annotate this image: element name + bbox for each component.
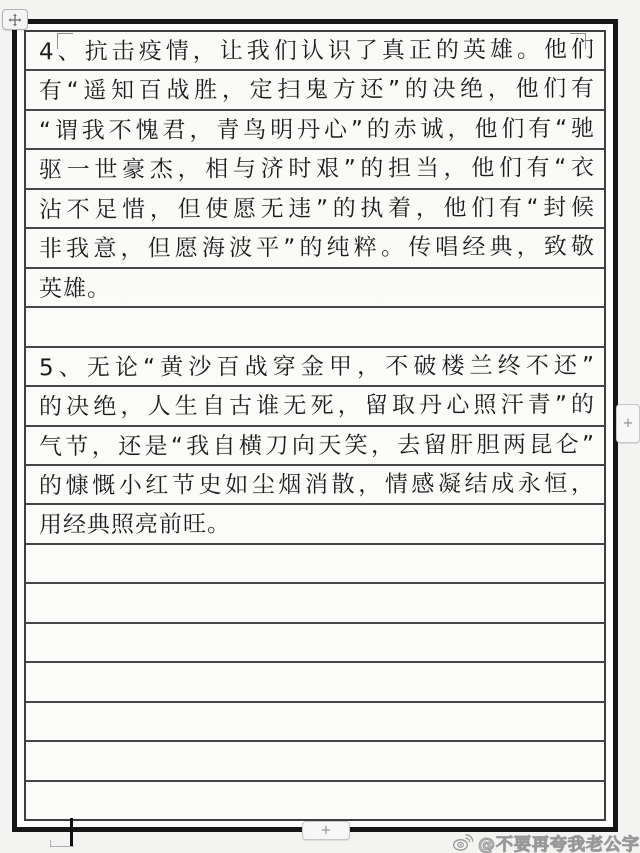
handwritten-text: 英雄。 [39, 269, 595, 308]
ruled-row [26, 663, 604, 702]
insert-right-button[interactable]: + [616, 404, 640, 443]
handwritten-text [39, 663, 595, 665]
ruled-row: 的慷慨小红节史如尘烟消散，情感凝结成永恒， [26, 466, 604, 505]
handwritten-text: 的决绝，人生自古谁无死，留取丹心照汗青”的 [39, 387, 595, 426]
editor-stage: 4、抗击疫情，让我们认识了真正的英雄。他们有“遥知百战胜，定扫鬼方还”的决绝，他… [0, 0, 640, 853]
weibo-logo-icon [452, 832, 474, 852]
ruled-row [26, 624, 604, 663]
handwritten-text: “谓我不愧君，青鸟明丹心”的赤诚，他们有“驰 [39, 111, 595, 150]
handwritten-text [39, 308, 595, 310]
ruled-row [26, 703, 604, 742]
ruled-row: 沾不足惜，但使愿无违”的执着，他们有“封候 [26, 190, 604, 229]
insert-below-button[interactable]: + [302, 821, 350, 840]
ruled-row: 驱一世豪杰，相与济时艰”的担当，他们有“衣 [26, 150, 604, 189]
ruled-row: 的决绝，人生自古谁无死，留取丹心照汗青”的 [26, 387, 604, 426]
handwritten-text: 气节，还是“我自横刀向天笑，去留肝胆两昆仑” [39, 427, 595, 466]
handwritten-text: 驱一世豪杰，相与济时艰”的担当，他们有“衣 [39, 150, 595, 189]
handwritten-text: 5、无论“黄沙百战穿金甲，不破楼兰终不还” [39, 348, 595, 387]
ruled-row [26, 545, 604, 584]
handwritten-text [39, 742, 595, 744]
boundary-mark-top-left [57, 33, 73, 49]
handwritten-text: 有“遥知百战胜，定扫鬼方还”的决绝，他们有 [39, 71, 595, 110]
handwritten-text: 用经典照亮前旺。 [39, 505, 595, 544]
move-handle-button[interactable] [2, 9, 28, 30]
ruled-row [26, 308, 604, 347]
ruled-row: 英雄。 [26, 269, 604, 308]
handwritten-text: 沾不足惜，但使愿无违”的执着，他们有“封候 [39, 190, 595, 229]
text-cursor [70, 818, 73, 846]
handwritten-text: 的慷慨小红节史如尘烟消散，情感凝结成永恒， [39, 466, 595, 505]
ruled-row: 5、无论“黄沙百战穿金甲，不破楼兰终不还” [26, 348, 604, 387]
move-icon [8, 13, 22, 27]
handwritten-text [39, 545, 595, 547]
ruled-row: “谓我不愧君，青鸟明丹心”的赤诚，他们有“驰 [26, 111, 604, 150]
ruled-row [26, 742, 604, 781]
ruled-row: 4、抗击疫情，让我们认识了真正的英雄。他们 [26, 32, 604, 71]
handwritten-text [39, 584, 595, 586]
photo-frame: 4、抗击疫情，让我们认识了真正的英雄。他们有“遥知百战胜，定扫鬼方还”的决绝，他… [12, 19, 618, 832]
handwritten-text: 4、抗击疫情，让我们认识了真正的英雄。他们 [39, 32, 595, 71]
handwritten-text [39, 703, 595, 705]
ruled-row: 非我意，但愿海波平”的纯粹。传唱经典，致敬 [26, 229, 604, 268]
ruled-row: 气节，还是“我自横刀向天笑，去留肝胆两昆仑” [26, 427, 604, 466]
ruled-row [26, 782, 604, 819]
watermark-handle: @不要再夸我老公字 [478, 830, 640, 853]
watermark: @不要再夸我老公字 [452, 829, 640, 853]
plus-icon: + [623, 417, 634, 430]
handwritten-text: 非我意，但愿海波平”的纯粹。传唱经典，致敬 [39, 229, 595, 268]
plus-icon: + [321, 824, 332, 837]
ruled-rows: 4、抗击疫情，让我们认识了真正的英雄。他们有“遥知百战胜，定扫鬼方还”的决绝，他… [24, 30, 606, 821]
handwritten-text [39, 624, 595, 626]
handwritten-text [39, 782, 595, 784]
ruled-row [26, 584, 604, 623]
ruled-row: 有“遥知百战胜，定扫鬼方还”的决绝，他们有 [26, 71, 604, 110]
boundary-mark-top-right [570, 33, 586, 49]
ruled-row: 用经典照亮前旺。 [26, 505, 604, 544]
